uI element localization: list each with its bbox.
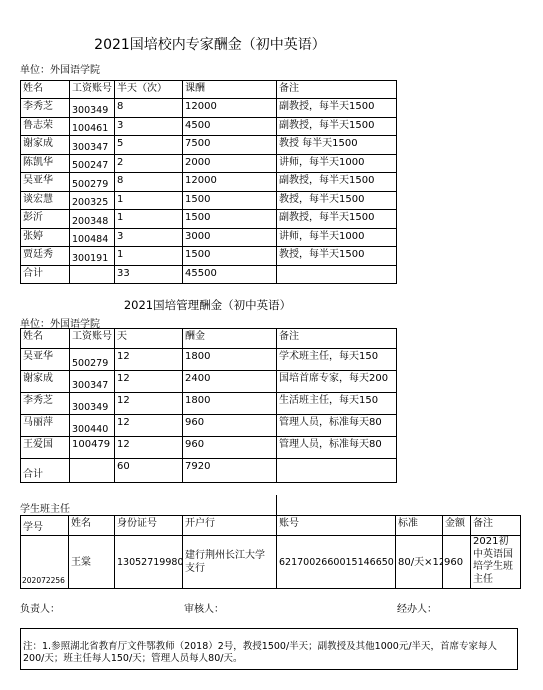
table-row: 吴亚华 500279 12 1800 学术班主任，每天150 <box>21 349 397 371</box>
cell-days: 12 <box>115 437 183 459</box>
cell-fee: 1500 <box>183 247 277 266</box>
cell-name: 李秀芝 <box>21 393 70 415</box>
cell-account: 200325 <box>70 191 115 210</box>
header-name: 姓名 <box>69 516 115 536</box>
cell-note: 副教授，每半天1500 <box>277 99 397 118</box>
total-note <box>277 459 397 483</box>
cell-name: 马丽萍 <box>21 415 70 437</box>
cell-note: 管理人员，标准每天80 <box>277 437 397 459</box>
management-title: 2021国培管理酬金（初中英语） <box>0 297 415 313</box>
handler-signature-label: 经办人： <box>397 600 437 615</box>
header-fee: 课酬 <box>183 81 277 99</box>
cell-half-days: 1 <box>115 247 183 266</box>
cell-name: 王爱国 <box>21 437 70 459</box>
cell-half-days: 1 <box>115 210 183 229</box>
cell-note: 生活班主任，每天150 <box>277 393 397 415</box>
cell-account: 300347 <box>70 371 115 393</box>
table-row: 谢家成 300347 12 2400 国培首席专家，每天200 <box>21 371 397 393</box>
cell-fee: 3000 <box>183 228 277 247</box>
notes-box: 注：1.参照湖北省教育厅文件鄂教师（2018）2号，教授1500/半天；副教授及… <box>20 628 518 670</box>
cell-name: 谢家成 <box>21 136 70 155</box>
cell-days: 12 <box>115 371 183 393</box>
table-row: 鲁志荣 100461 3 4500 副教授，每半天1500 <box>21 117 397 136</box>
header-note: 备注 <box>277 329 397 349</box>
header-note: 备注 <box>277 81 397 99</box>
cell-half-days: 3 <box>115 228 183 247</box>
cell-account: 6217002660015146650 <box>277 536 396 589</box>
cell-account: 100461 <box>70 117 115 136</box>
table-row: 张婷 100484 3 3000 讲师，每半天1000 <box>21 228 397 247</box>
header-name: 姓名 <box>21 329 70 349</box>
table-header-row: 学号 姓名 身份证号 开户行 账号 标准 金额 备注 <box>21 516 521 536</box>
total-fee: 45500 <box>183 265 277 284</box>
table-header-row: 姓名 工资账号 半天（次） 课酬 备注 <box>21 81 397 99</box>
cell-fee: 7500 <box>183 136 277 155</box>
total-half-days: 33 <box>115 265 183 284</box>
cell-note: 国培首席专家，每天200 <box>277 371 397 393</box>
cell-fee: 1500 <box>183 210 277 229</box>
cell-account: 500247 <box>70 154 115 173</box>
page-title: 2021国培校内专家酬金（初中英语） <box>0 34 420 54</box>
header-standard: 标准 <box>396 516 443 536</box>
header-bank: 开户行 <box>183 516 277 536</box>
cell-note: 管理人员，标准每天80 <box>277 415 397 437</box>
header-name: 姓名 <box>21 81 70 99</box>
student-head-teacher-table: 学号 姓名 身份证号 开户行 账号 标准 金额 备注 202072256 王棠 … <box>20 515 521 589</box>
expert-fee-table: 姓名 工资账号 半天（次） 课酬 备注 李秀芝 300349 8 12000 副… <box>20 80 397 284</box>
table-row: 王爱国 100479 12 960 管理人员，标准每天80 <box>21 437 397 459</box>
cell-fee: 4500 <box>183 117 277 136</box>
header-id-number: 身份证号 <box>115 516 183 536</box>
responsible-signature-label: 负责人： <box>20 600 60 615</box>
cell-note: 讲师，每半天1000 <box>277 228 397 247</box>
cell-id-number: 13052719980512 <box>115 536 183 589</box>
cell-days: 12 <box>115 349 183 371</box>
cell-note: 2021初中英语国培学生班主任 <box>471 536 521 589</box>
cell-name: 鲁志荣 <box>21 117 70 136</box>
cell-name: 贾廷秀 <box>21 247 70 266</box>
cell-account: 500279 <box>70 173 115 192</box>
total-days: 60 <box>115 459 183 483</box>
total-label: 合计 <box>21 265 70 284</box>
table-row: 李秀芝 300349 12 1800 生活班主任，每天150 <box>21 393 397 415</box>
cell-half-days: 5 <box>115 136 183 155</box>
cell-account: 300347 <box>70 136 115 155</box>
cell-name: 李秀芝 <box>21 99 70 118</box>
cell-account: 200348 <box>70 210 115 229</box>
cell-name: 谢家成 <box>21 371 70 393</box>
table-row: 谈宏慧 200325 1 1500 教授，每半天1500 <box>21 191 397 210</box>
cell-half-days: 2 <box>115 154 183 173</box>
table-row: 马丽萍 300440 12 960 管理人员，标准每天80 <box>21 415 397 437</box>
cell-account: 300349 <box>70 99 115 118</box>
header-fee: 酬金 <box>183 329 277 349</box>
cell-standard: 80/天×12 <box>396 536 443 589</box>
header-note: 备注 <box>471 516 521 536</box>
divider-line <box>276 495 277 515</box>
total-label: 合计 <box>21 459 70 483</box>
table-row: 贾廷秀 300191 1 1500 教授，每半天1500 <box>21 247 397 266</box>
table-row: 202072256 王棠 13052719980512 建行荆州长江大学支行 6… <box>21 536 521 589</box>
total-note <box>277 265 397 284</box>
cell-half-days: 1 <box>115 191 183 210</box>
cell-note: 副教授，每半天1500 <box>277 117 397 136</box>
cell-bank: 建行荆州长江大学支行 <box>183 536 277 589</box>
cell-name: 谈宏慧 <box>21 191 70 210</box>
header-account: 工资账号 <box>70 81 115 99</box>
header-account: 账号 <box>277 516 396 536</box>
cell-fee: 12000 <box>183 99 277 118</box>
cell-name: 王棠 <box>69 536 115 589</box>
cell-note: 教授，每半天1500 <box>277 247 397 266</box>
table-row: 吴亚华 500279 8 12000 副教授，每半天1500 <box>21 173 397 192</box>
cell-fee: 1800 <box>183 393 277 415</box>
table-header-row: 姓名 工资账号 天 酬金 备注 <box>21 329 397 349</box>
cell-note: 副教授，每半天1500 <box>277 210 397 229</box>
cell-fee: 1800 <box>183 349 277 371</box>
cell-note: 学术班主任，每天150 <box>277 349 397 371</box>
cell-name: 吴亚华 <box>21 349 70 371</box>
header-student-id: 学号 <box>21 516 69 536</box>
cell-note: 教授，每半天1500 <box>277 191 397 210</box>
cell-student-id: 202072256 <box>21 536 69 589</box>
header-account: 工资账号 <box>70 329 115 349</box>
student-section-label: 学生班主任 <box>20 500 70 515</box>
cell-account: 300349 <box>70 393 115 415</box>
management-fee-table: 姓名 工资账号 天 酬金 备注 吴亚华 500279 12 1800 学术班主任… <box>20 328 397 483</box>
table-row: 李秀芝 300349 8 12000 副教授，每半天1500 <box>21 99 397 118</box>
cell-name: 彭沂 <box>21 210 70 229</box>
unit-label: 单位：外国语学院 <box>20 61 100 76</box>
cell-fee: 1500 <box>183 191 277 210</box>
cell-fee: 12000 <box>183 173 277 192</box>
cell-name: 张婷 <box>21 228 70 247</box>
cell-fee: 2000 <box>183 154 277 173</box>
cell-account: 500279 <box>70 349 115 371</box>
total-row: 合计 60 7920 <box>21 459 397 483</box>
total-fee: 7920 <box>183 459 277 483</box>
cell-fee: 960 <box>183 415 277 437</box>
cell-half-days: 8 <box>115 173 183 192</box>
cell-name: 陈凯华 <box>21 154 70 173</box>
total-account <box>70 459 115 483</box>
cell-days: 12 <box>115 393 183 415</box>
cell-fee: 2400 <box>183 371 277 393</box>
total-row: 合计 33 45500 <box>21 265 397 284</box>
cell-half-days: 3 <box>115 117 183 136</box>
table-row: 彭沂 200348 1 1500 副教授，每半天1500 <box>21 210 397 229</box>
header-amount: 金额 <box>443 516 471 536</box>
cell-amount: 960 <box>443 536 471 589</box>
header-half-days: 半天（次） <box>115 81 183 99</box>
header-days: 天 <box>115 329 183 349</box>
total-account <box>70 265 115 284</box>
cell-account: 300191 <box>70 247 115 266</box>
cell-note: 讲师，每半天1000 <box>277 154 397 173</box>
cell-account: 100484 <box>70 228 115 247</box>
table-row: 陈凯华 500247 2 2000 讲师，每半天1000 <box>21 154 397 173</box>
cell-account: 100479 <box>70 437 115 459</box>
cell-account: 300440 <box>70 415 115 437</box>
cell-fee: 960 <box>183 437 277 459</box>
cell-note: 教授 每半天1500 <box>277 136 397 155</box>
cell-name: 吴亚华 <box>21 173 70 192</box>
reviewer-signature-label: 审核人： <box>184 600 224 615</box>
cell-note: 副教授，每半天1500 <box>277 173 397 192</box>
cell-half-days: 8 <box>115 99 183 118</box>
cell-days: 12 <box>115 415 183 437</box>
table-row: 谢家成 300347 5 7500 教授 每半天1500 <box>21 136 397 155</box>
